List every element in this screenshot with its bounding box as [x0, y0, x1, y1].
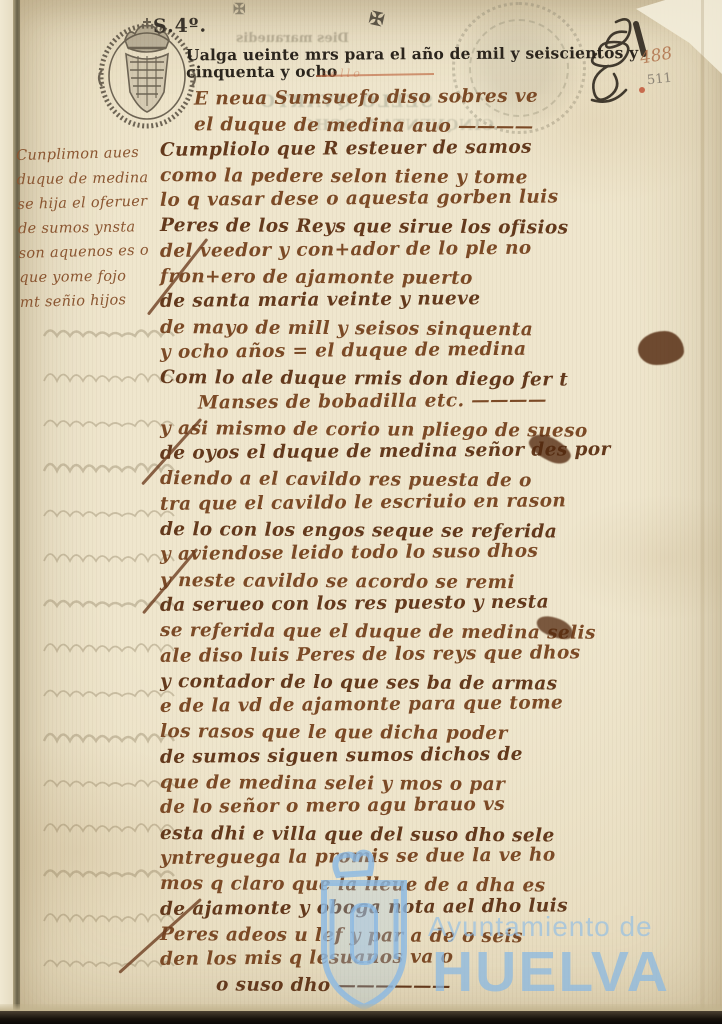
margin-note-line: de sumos ynsta — [18, 214, 170, 241]
body-text: E neua Sumsuefo diso sobres veel duque d… — [150, 87, 722, 998]
manuscript-scan: Dies marauedis SELLO QVARTO CINQVENTA Y … — [0, 0, 722, 1024]
printer-cross-ornament-icon: ✠ — [233, 0, 246, 18]
manuscript-line: Cumpliolo que R esteuer de samos — [150, 133, 722, 163]
manuscript-line: de ajamonte y oboga nota ael dho luis — [150, 892, 722, 922]
manuscript-line: de lo señor o mero agu brauo vs — [150, 790, 722, 820]
stamp-class-label: S.4º. — [153, 15, 207, 38]
manuscript-line: del veedor y con+ador de lo ple no — [150, 234, 722, 264]
manuscript-line: E neua Sumsuefo diso sobres ve — [150, 82, 722, 112]
manuscript-line: ale diso luis Peres de los reys que dhos — [150, 639, 722, 669]
manuscript-line: y ocho años = el duque de medina — [150, 335, 722, 365]
manuscript-line: yntreguega la promis se due la ve ho — [150, 841, 722, 871]
margin-note-line: que yome fojo — [19, 263, 171, 290]
manuscript-line: da serueo con los res puesto y nesta — [150, 588, 722, 618]
manuscript-line: tra que el cavildo le escriuio en rason — [150, 487, 722, 517]
manuscript-line: o suso dho —————— — [150, 972, 722, 1001]
margin-note-line: duque de medina — [17, 165, 169, 192]
manuscript-line: den los mis q lesuanos va o — [150, 942, 722, 972]
manuscript-line: de oyos el duque de medina señor des por — [150, 436, 722, 466]
margin-note-line: son aquenos es o — [18, 238, 171, 266]
margin-note-line: se hija el oferuer — [17, 189, 170, 217]
page-bottom-edge — [0, 1004, 722, 1011]
manuscript-line: Manses de bobadilla etc. ———— — [150, 386, 722, 416]
manuscript-line: y aviendose leido todo lo suso dhos — [150, 537, 722, 567]
ink-blot — [638, 331, 684, 365]
scan-bottom-shadow — [0, 1011, 722, 1024]
manuscript-line: de sumos siguen sumos dichos de — [150, 740, 722, 770]
crossed-out-annotation: sello — [316, 70, 434, 80]
manuscript-line: lo q vasar dese o aquesta gorben luis — [150, 183, 722, 213]
margin-note-line: Cunplimon aues — [16, 140, 169, 168]
manuscript-line: e de la vd de ajamonte para que tome — [150, 689, 722, 719]
manuscript-line: de santa maria veinte y nueve — [150, 284, 722, 314]
margin-note: Cunplimon auesduque de medinase hija el … — [16, 140, 172, 315]
